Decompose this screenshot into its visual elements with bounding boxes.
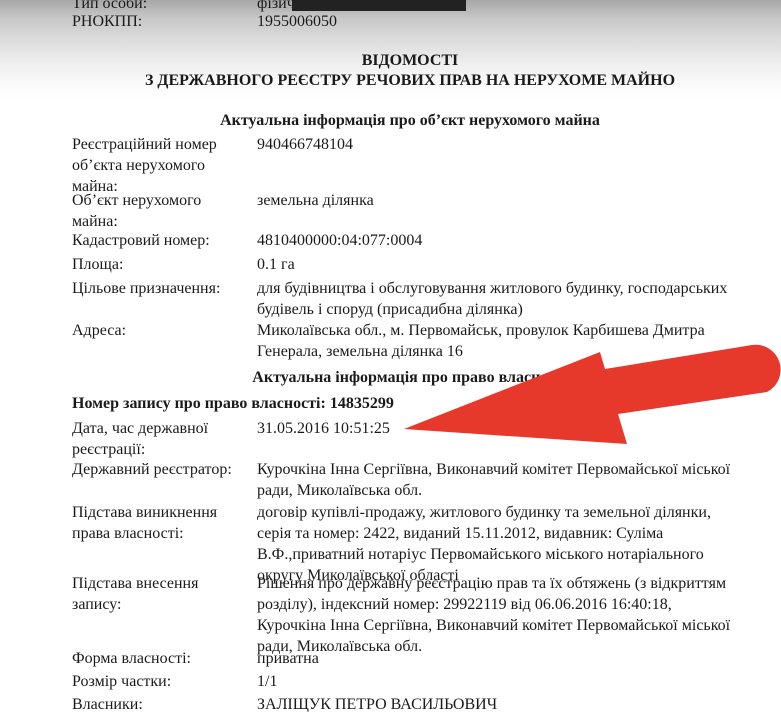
purpose-value: для будівництва і обслуговування житлово… [257, 278, 727, 320]
document-title-line2: З ДЕРЖАВНОГО РЕЄСТРУ РЕЧОВИХ ПРАВ НА НЕР… [70, 71, 750, 91]
ownership-record-number-line: Номер запису про право власності: 148352… [72, 393, 394, 414]
ownership-origin-basis-label: Підстава виникнення права власності: [72, 502, 217, 544]
document-content: Тип особи: фізична особа РНОКПП: 1955006… [70, 0, 750, 712]
entry-basis-value: Рішення про державну реєстрацію прав та … [257, 573, 730, 657]
purpose-label: Цільове призначення: [72, 278, 220, 299]
object-type-label: Об’єкт нерухомого майна: [72, 190, 201, 232]
rnokpp-label: РНОКПП: [72, 11, 142, 32]
entry-basis-label: Підстава внесення запису: [72, 573, 198, 615]
ownership-form-value: приватна [257, 648, 319, 669]
share-size-label: Розмір частки: [72, 671, 171, 692]
cadastral-number-value: 4810400000:04:077:0004 [257, 230, 422, 251]
state-registrar-value: Курочкіна Інна Сергіївна, Виконавчий ком… [257, 459, 730, 501]
registration-number-value: 940466748104 [257, 134, 353, 155]
object-type-value: земельна ділянка [257, 190, 374, 211]
rnokpp-value: 1955006050 [257, 11, 337, 32]
redaction-bar [292, 0, 466, 11]
registry-extract-document: Тип особи: фізична особа РНОКПП: 1955006… [0, 0, 781, 712]
cadastral-number-label: Кадастровий номер: [72, 230, 210, 251]
ownership-form-label: Форма власності: [72, 648, 191, 669]
address-label: Адреса: [72, 320, 126, 341]
share-size-value: 1/1 [257, 671, 277, 692]
registration-datetime-value: 31.05.2016 10:51:25 [257, 418, 390, 439]
owners-label: Власники: [72, 694, 143, 712]
owners-value: ЗАЛІЩУК ПЕТРО ВАСИЛЬОВИЧ [257, 694, 497, 712]
state-registrar-label: Державний реєстратор: [72, 459, 232, 480]
ownership-section-heading: Актуальна інформація про право власності [70, 368, 750, 388]
object-section-heading: Актуальна інформація про об’єкт нерухомо… [70, 111, 750, 131]
registration-number-label: Реєстраційний номер об’єкта нерухомого м… [72, 134, 217, 197]
document-title-line1: ВІДОМОСТІ [70, 51, 750, 71]
registration-datetime-label: Дата, час державної реєстрації: [72, 418, 208, 460]
address-value: Миколаївська обл., м. Первомайськ, прову… [257, 320, 705, 362]
area-label: Площа: [72, 254, 123, 275]
area-value: 0.1 га [257, 254, 295, 275]
